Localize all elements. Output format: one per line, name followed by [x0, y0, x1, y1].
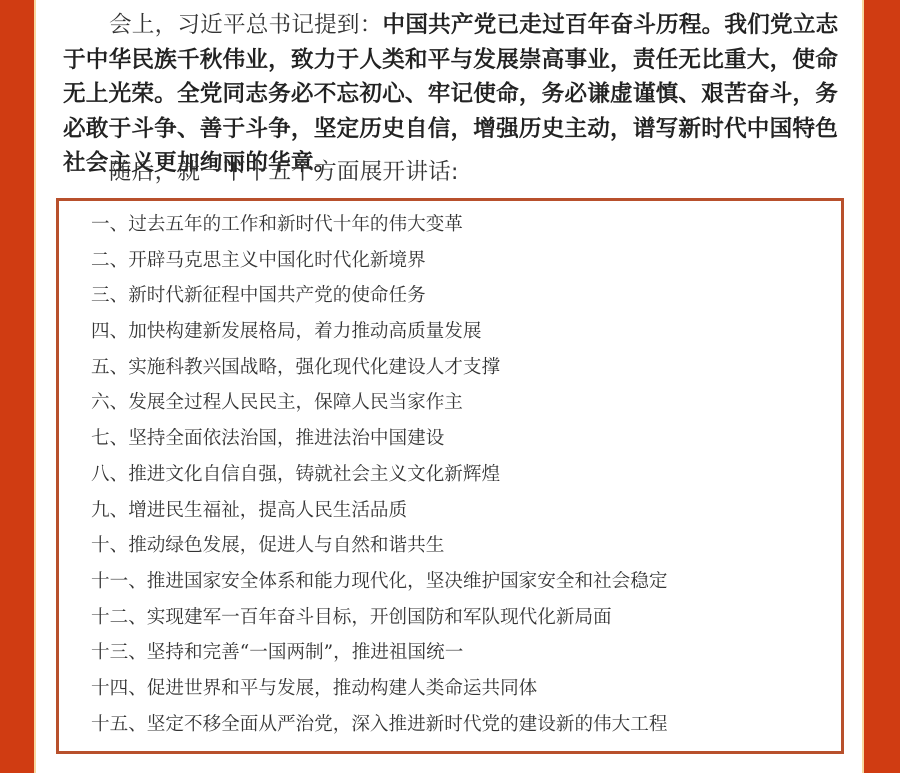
- topic-item: 十四、促进世界和平与发展，推动构建人类命运共同体: [91, 674, 667, 710]
- right-decorative-bar: [862, 0, 900, 773]
- topic-item: 十三、坚持和完善“一国两制”，推进祖国统一: [91, 638, 667, 674]
- intro-lead: 会上，习近平总书记提到：: [109, 12, 383, 38]
- topic-item: 十二、实现建军一百年奋斗目标，开创国防和军队现代化新局面: [91, 603, 667, 639]
- topic-item: 十五、坚定不移全面从严治党，深入推进新时代党的建设新的伟大工程: [91, 710, 667, 746]
- topic-item: 二、开辟马克思主义中国化时代化新境界: [91, 246, 667, 282]
- topics-box: 一、过去五年的工作和新时代十年的伟大变革 二、开辟马克思主义中国化时代化新境界 …: [56, 198, 844, 754]
- topic-item: 七、坚持全面依法治国，推进法治中国建设: [91, 424, 667, 460]
- topic-item: 十一、推进国家安全体系和能力现代化，坚决维护国家安全和社会稳定: [91, 567, 667, 603]
- topic-item: 六、发展全过程人民民主，保障人民当家作主: [91, 388, 667, 424]
- topics-list: 一、过去五年的工作和新时代十年的伟大变革 二、开辟马克思主义中国化时代化新境界 …: [91, 210, 667, 745]
- topic-item: 九、增进民生福祉，提高人民生活品质: [91, 496, 667, 532]
- left-decorative-bar: [0, 0, 36, 773]
- topic-item: 三、新时代新征程中国共产党的使命任务: [91, 281, 667, 317]
- topic-item: 八、推进文化自信自强，铸就社会主义文化新辉煌: [91, 460, 667, 496]
- topic-item: 五、实施科教兴国战略，强化现代化建设人才支撑: [91, 353, 667, 389]
- topic-item: 一、过去五年的工作和新时代十年的伟大变革: [91, 210, 667, 246]
- follow-paragraph: 随后，就一下十五个方面展开讲话:: [63, 155, 839, 190]
- topic-item: 四、加快构建新发展格局，着力推动高质量发展: [91, 317, 667, 353]
- article-content: 会上，习近平总书记提到：中国共产党已走过百年奋斗历程。我们党立志于中华民族千秋伟…: [36, 0, 860, 773]
- topic-item: 十、推动绿色发展，促进人与自然和谐共生: [91, 531, 667, 567]
